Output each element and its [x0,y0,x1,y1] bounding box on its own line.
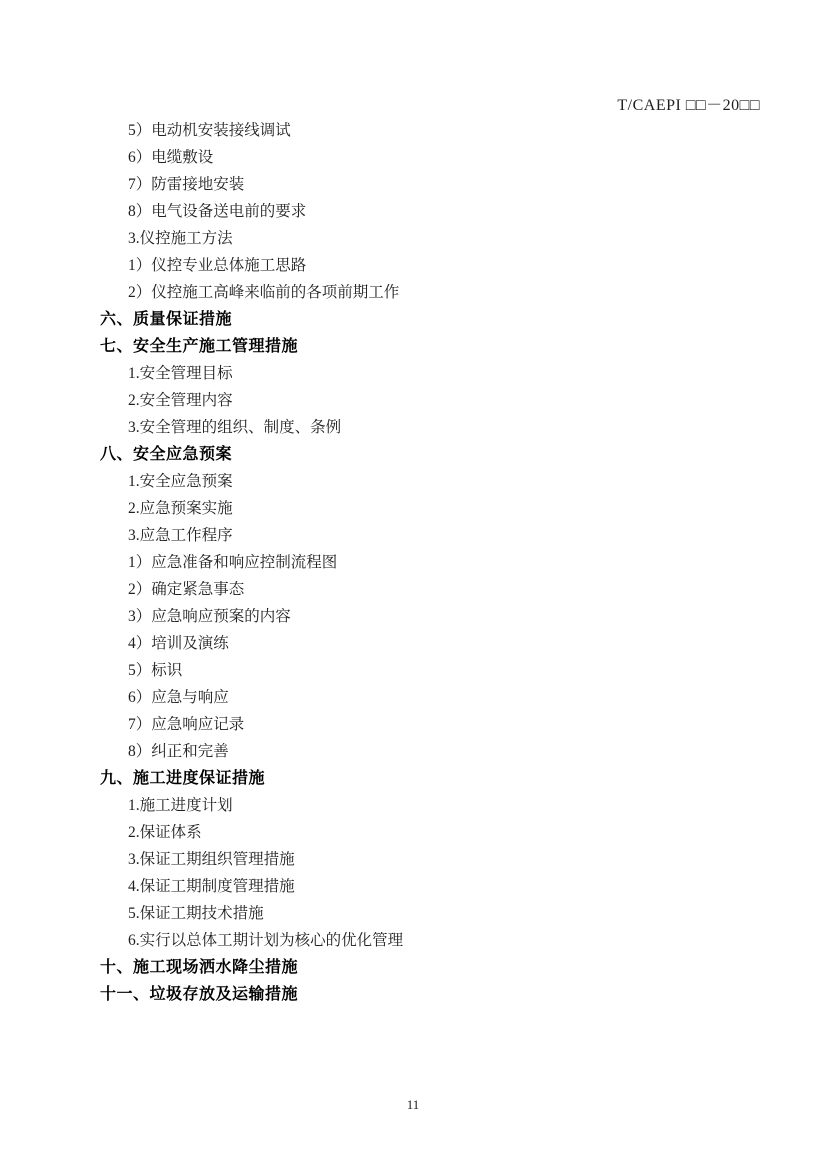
toc-item: 1.施工进度计划 [0,792,826,819]
toc-item: 5.保证工期技术措施 [0,900,826,927]
toc-section-heading: 十一、垃圾存放及运输措施 [0,981,826,1008]
toc-section-heading: 九、施工进度保证措施 [0,765,826,792]
toc-item: 2）确定紧急事态 [0,576,826,603]
toc-section-heading: 十、施工现场洒水降尘措施 [0,954,826,981]
toc-item: 8）电气设备送电前的要求 [0,198,826,225]
toc-list: 5）电动机安装接线调试6）电缆敷设7）防雷接地安装8）电气设备送电前的要求3.仪… [0,117,826,1008]
toc-item: 4）培训及演练 [0,630,826,657]
toc-item: 3.应急工作程序 [0,522,826,549]
page-footer: 11 [0,1097,826,1113]
toc-item: 7）防雷接地安装 [0,171,826,198]
toc-item: 3.安全管理的组织、制度、条例 [0,414,826,441]
toc-item: 2.安全管理内容 [0,387,826,414]
toc-section-heading: 七、安全生产施工管理措施 [0,333,826,360]
toc-item: 2）仪控施工高峰来临前的各项前期工作 [0,279,826,306]
toc-item: 6.实行以总体工期计划为核心的优化管理 [0,927,826,954]
page-header: T/CAEPI □□－20□□ [0,92,760,115]
document-page: T/CAEPI □□－20□□ 5）电动机安装接线调试6）电缆敷设7）防雷接地安… [0,0,826,1169]
toc-item: 2.应急预案实施 [0,495,826,522]
toc-item: 4.保证工期制度管理措施 [0,873,826,900]
page-number: 11 [407,1097,420,1112]
toc-item: 1.安全应急预案 [0,468,826,495]
toc-item: 8）纠正和完善 [0,738,826,765]
toc-item: 2.保证体系 [0,819,826,846]
toc-item: 6）应急与响应 [0,684,826,711]
toc-item: 3.保证工期组织管理措施 [0,846,826,873]
toc-item: 5）电动机安装接线调试 [0,117,826,144]
toc-item: 7）应急响应记录 [0,711,826,738]
toc-section-heading: 六、质量保证措施 [0,306,826,333]
toc-item: 1.安全管理目标 [0,360,826,387]
standard-code: T/CAEPI □□－20□□ [617,97,760,114]
toc-item: 6）电缆敷设 [0,144,826,171]
toc-item: 3.仪控施工方法 [0,225,826,252]
toc-item: 1）仪控专业总体施工思路 [0,252,826,279]
toc-item: 1）应急准备和响应控制流程图 [0,549,826,576]
toc-section-heading: 八、安全应急预案 [0,441,826,468]
toc-item: 5）标识 [0,657,826,684]
toc-item: 3）应急响应预案的内容 [0,603,826,630]
